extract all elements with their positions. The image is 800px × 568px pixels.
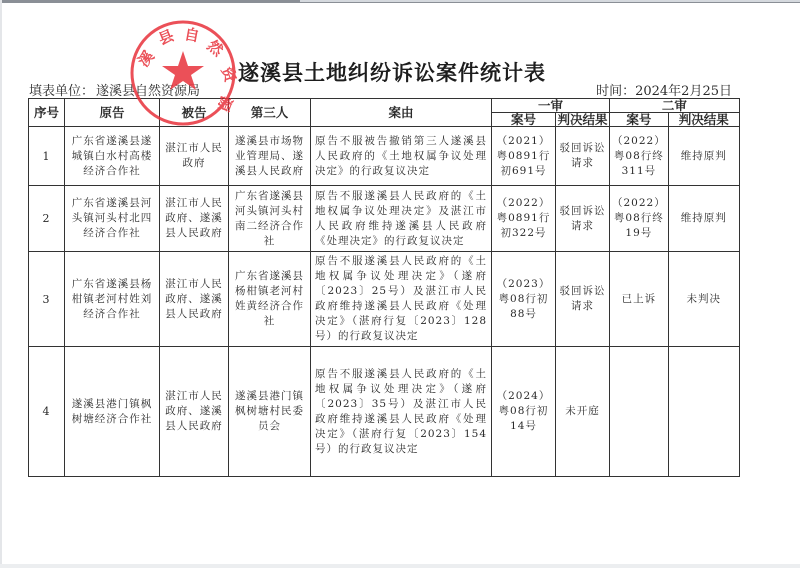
report-date-value: 2024年2月25日 — [635, 84, 732, 99]
table-row: 1 广东省遂溪县遂城镇白水村高楼经济合作社 湛江市人民政府 遂溪县市场物业管理局… — [29, 127, 740, 186]
header-defendant: 被告 — [160, 99, 229, 127]
cell-second-judgment: 维持原判 — [668, 186, 739, 252]
cell-plaintiff: 广东省遂溪县遂城镇白水村高楼经济合作社 — [65, 127, 160, 186]
header-first-judgment: 判决结果 — [556, 113, 610, 127]
table-row: 4 遂溪县港门镇枫树塘经济合作社 湛江市人民政府、遂溪县人民政府 遂溪县港门镇枫… — [29, 347, 740, 477]
header-first-case-no: 案号 — [492, 113, 556, 127]
cell-third-party: 遂溪县市场物业管理局、遂溪县人民政府 — [229, 127, 311, 186]
cell-cause-text: 原告不服遂溪县人民政府的《土地权属争议处理决定》（遂府〔2023〕35号）及湛江… — [315, 367, 487, 457]
cell-third-party: 广东省遂溪县杨柑镇老河村姓黄经济合作社 — [229, 252, 311, 347]
cell-cause-text: 原告不服被告撤销第三人遂溪县人民政府的《土地权属争议处理决定》的行政复议决定 — [315, 134, 487, 179]
cell-first-judgment: 驳回诉讼请求 — [556, 186, 610, 252]
cell-first-case-no: （2023）粤08行初88号 — [492, 252, 556, 347]
cell-defendant: 湛江市人民政府、遂溪县人民政府 — [160, 252, 229, 347]
cell-first-judgment: 未开庭 — [556, 347, 610, 477]
cell-second-judgment: 维持原判 — [668, 127, 739, 186]
cell-index: 4 — [29, 347, 65, 477]
cell-first-case-no: （2021）粤0891行初691号 — [492, 127, 556, 186]
cell-cause: 原告不服遂溪县人民政府的《土地权属争议处理决定》（遂府〔2023〕35号）及湛江… — [311, 347, 492, 477]
cell-first-judgment: 驳回诉讼请求 — [556, 252, 610, 347]
svg-text:溪: 溪 — [134, 47, 157, 70]
cell-cause: 原告不服遂溪县人民政府的《土地权属争议处理决定》及湛江市人民政府维持遂溪县人民政… — [311, 186, 492, 252]
cell-third-party: 遂溪县港门镇枫树塘村民委员会 — [229, 347, 311, 477]
svg-text:自: 自 — [183, 25, 201, 45]
cell-cause-text: 原告不服遂溪县人民政府的《土地权属争议处理决定》（遂府〔2023〕25号）及湛江… — [315, 254, 487, 344]
cell-index: 2 — [29, 186, 65, 252]
report-date-label: 时间： — [596, 84, 635, 99]
header-second-case-no: 案号 — [610, 113, 669, 127]
cell-second-case-no: 已上诉 — [610, 252, 669, 347]
document-title: 遂溪县土地纠纷诉讼案件统计表 — [238, 57, 578, 87]
cell-index: 3 — [29, 252, 65, 347]
cell-defendant: 湛江市人民政府、遂溪县人民政府 — [160, 186, 229, 252]
cell-second-case-no: （2022）粤08行终19号 — [610, 186, 669, 252]
header-row-top: 序号 原告 被告 第三人 案由 一审 二审 — [29, 99, 740, 113]
cell-first-case-no: （2022）粤0891行初322号 — [492, 186, 556, 252]
header-first-instance: 一审 — [492, 99, 610, 113]
scan-top-edge-light — [300, 0, 800, 2]
cell-second-judgment — [668, 347, 739, 477]
cell-third-party: 广东省遂溪县河头镇河头村南二经济合作社 — [229, 186, 311, 252]
table-row: 2 广东省遂溪县河头镇河头村北四经济合作社 湛江市人民政府、遂溪县人民政府 广东… — [29, 186, 740, 252]
litigation-statistics-table: 序号 原告 被告 第三人 案由 一审 二审 案号 判决结果 案号 判决结果 1 … — [28, 98, 740, 477]
svg-text:资: 资 — [218, 64, 238, 85]
filing-unit-value: 遂溪县自然资源局 — [96, 84, 200, 99]
cell-plaintiff: 遂溪县港门镇枫树塘经济合作社 — [65, 347, 160, 477]
cell-second-case-no — [610, 347, 669, 477]
cell-first-case-no: （2024）粤08行初14号 — [492, 347, 556, 477]
svg-text:然: 然 — [204, 36, 228, 60]
cell-index: 1 — [29, 127, 65, 186]
header-second-instance: 二审 — [610, 99, 740, 113]
cell-second-case-no: （2022）粤08行终311号 — [610, 127, 669, 186]
header-cause: 案由 — [311, 99, 492, 127]
cell-plaintiff: 广东省遂溪县河头镇河头村北四经济合作社 — [65, 186, 160, 252]
header-second-judgment: 判决结果 — [668, 113, 739, 127]
cell-defendant: 湛江市人民政府 — [160, 127, 229, 186]
filing-unit-label: 填表单位： — [29, 84, 94, 99]
svg-text:县: 县 — [156, 26, 177, 48]
header-third-party: 第三人 — [229, 99, 311, 127]
cell-second-judgment: 未判决 — [668, 252, 739, 347]
cell-cause-text: 原告不服遂溪县人民政府的《土地权属争议处理决定》及湛江市人民政府维持遂溪县人民政… — [315, 189, 487, 249]
report-date: 时间：2024年2月25日 — [596, 80, 732, 99]
scan-bottom-edge — [0, 564, 800, 568]
cell-defendant: 湛江市人民政府、遂溪县人民政府 — [160, 347, 229, 477]
scan-left-edge — [0, 0, 2, 568]
table-row: 3 广东省遂溪县杨柑镇老河村姓刘经济合作社 湛江市人民政府、遂溪县人民政府 广东… — [29, 252, 740, 347]
cell-plaintiff: 广东省遂溪县杨柑镇老河村姓刘经济合作社 — [65, 252, 160, 347]
cell-cause: 原告不服遂溪县人民政府的《土地权属争议处理决定》（遂府〔2023〕25号）及湛江… — [311, 252, 492, 347]
filing-unit: 填表单位：遂溪县自然资源局 — [29, 80, 200, 99]
cell-first-judgment: 驳回诉讼请求 — [556, 127, 610, 186]
header-index: 序号 — [29, 99, 65, 127]
header-plaintiff: 原告 — [65, 99, 160, 127]
cell-cause: 原告不服被告撤销第三人遂溪县人民政府的《土地权属争议处理决定》的行政复议决定 — [311, 127, 492, 186]
